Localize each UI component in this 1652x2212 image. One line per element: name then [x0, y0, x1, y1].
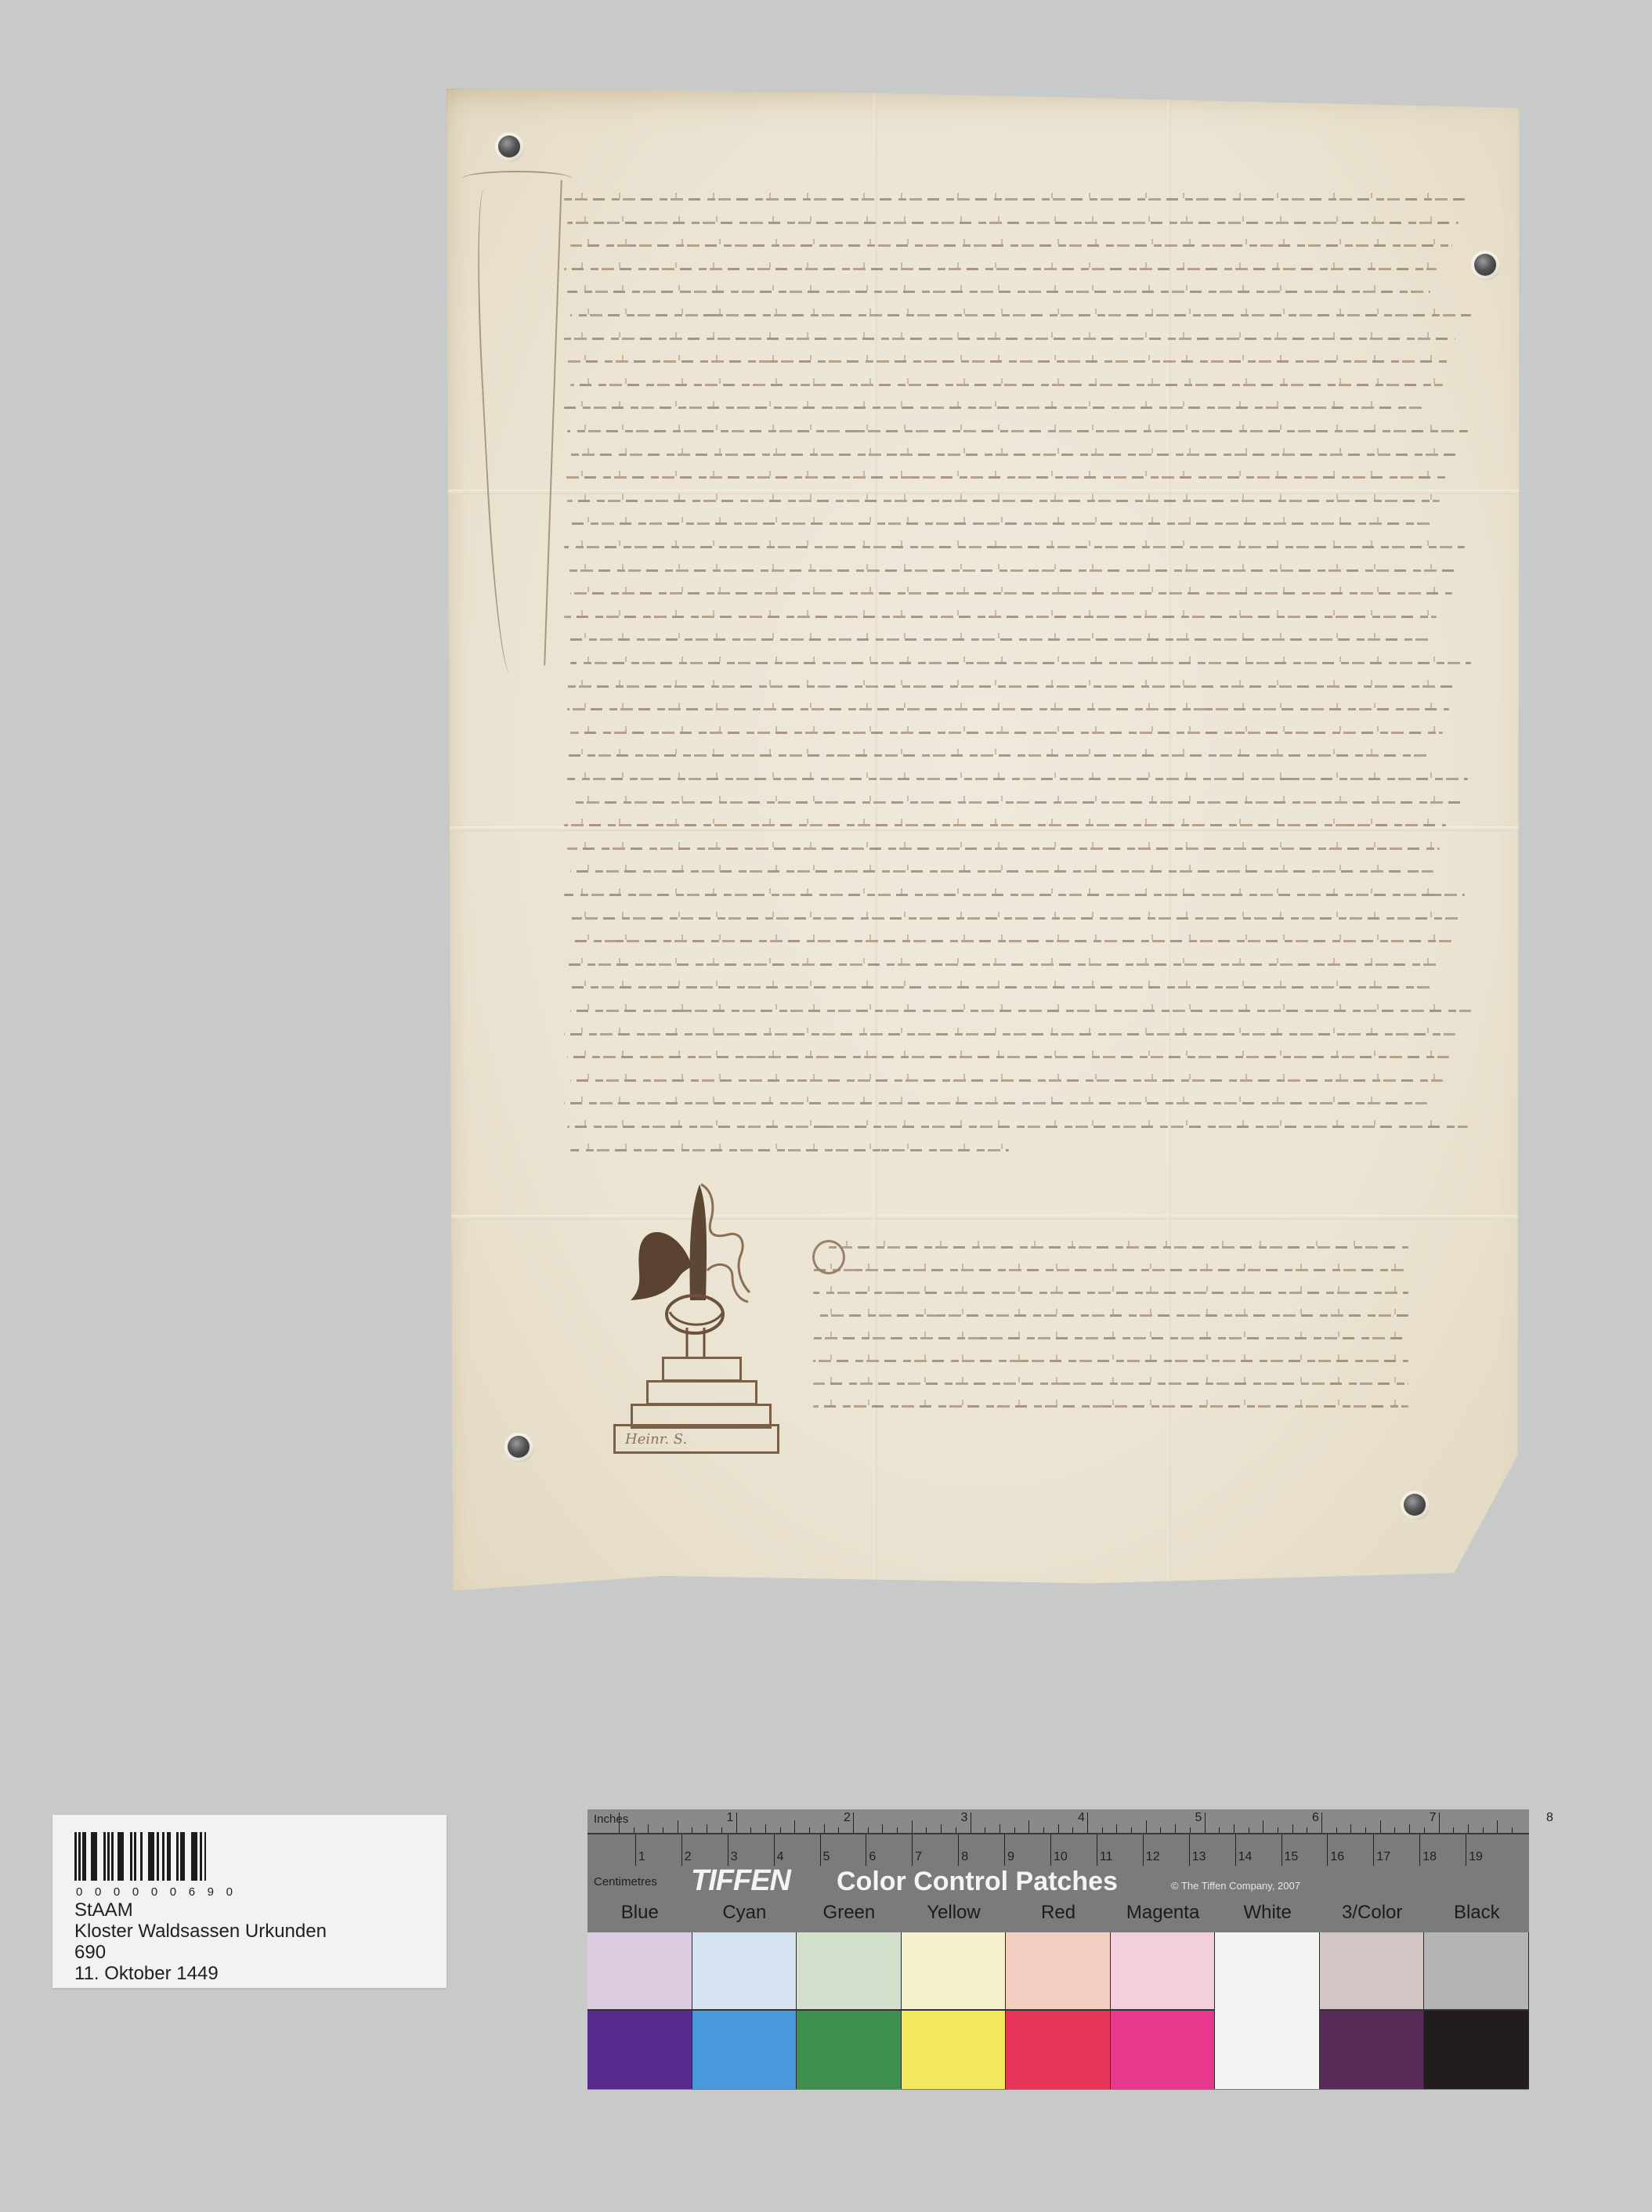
handwritten-line	[567, 360, 1449, 363]
ruler-tick	[1043, 1827, 1044, 1833]
handwritten-line	[564, 476, 1446, 479]
handwritten-line	[567, 1056, 1449, 1058]
ruler-tick	[809, 1827, 810, 1833]
handwritten-line	[570, 522, 1433, 525]
magnet-pin	[1474, 254, 1496, 276]
handwritten-line	[564, 963, 1437, 966]
color-patch-dark	[902, 2011, 1007, 2089]
ruler-tick	[1087, 1813, 1088, 1833]
ruler-tick	[866, 1834, 866, 1866]
notary-sign: Heinr. S.	[623, 1175, 779, 1453]
color-patch-dark	[587, 2011, 692, 2089]
barcode-digit: 9	[208, 1885, 214, 1899]
color-patch-light	[587, 1932, 692, 2011]
ruler-tick	[721, 1827, 722, 1833]
handwritten-line	[813, 1405, 1408, 1408]
patch-name: Cyan	[692, 1902, 797, 1928]
patch-names-row: BlueCyanGreenYellowRedMagentaWhite3/Colo…	[587, 1902, 1529, 1928]
patch-name: Green	[797, 1902, 902, 1928]
color-patches	[587, 1932, 1529, 2089]
handwritten-line	[570, 1149, 1009, 1151]
ruler-tick	[1512, 1827, 1513, 1833]
initial-o-letter	[812, 1240, 845, 1274]
ruler-cm-number: 9	[1007, 1850, 1014, 1864]
chart-title: Color Control Patches	[837, 1867, 1118, 1897]
ruler-tick	[663, 1827, 663, 1833]
barcode-bar	[204, 1832, 206, 1881]
handwritten-line	[570, 940, 1452, 942]
ruler-tick	[1189, 1834, 1190, 1866]
ruler-tick	[1131, 1827, 1132, 1833]
magnet-pin	[1404, 1494, 1426, 1516]
barcode-bar	[185, 1832, 191, 1881]
handwritten-line	[570, 244, 1452, 247]
fold-line	[446, 826, 1520, 831]
ruler-tick	[1483, 1827, 1484, 1833]
handwritten-line	[567, 778, 1468, 780]
ruler-cm-number: 13	[1192, 1850, 1206, 1864]
patch-name: White	[1215, 1902, 1320, 1928]
ruler-tick	[926, 1827, 927, 1833]
ruler-tick	[1072, 1827, 1073, 1833]
patch-name: Red	[1006, 1902, 1111, 1928]
label-number: 690	[74, 1943, 106, 1962]
ruler-cm-label: Centimetres	[594, 1875, 657, 1889]
notary-sign-caption: Heinr. S.	[625, 1431, 687, 1448]
color-patch-light	[1006, 1932, 1111, 2011]
ruler-tick	[1050, 1834, 1051, 1866]
ruler-inches: Inches 12345678	[587, 1809, 1529, 1834]
color-patch-light	[1111, 1932, 1216, 2011]
ruler-tick	[868, 1827, 869, 1833]
ruler-tick	[1497, 1820, 1498, 1833]
barcode-digit: 0	[151, 1885, 157, 1899]
ruler-cm-number: 10	[1054, 1850, 1068, 1864]
archive-label: 000000690 StAAM Kloster Waldsassen Urkun…	[52, 1815, 446, 1988]
handwritten-line	[567, 986, 1430, 989]
barcode-bar	[148, 1832, 154, 1881]
color-patch-light	[902, 1932, 1007, 2011]
handwritten-line	[570, 454, 1462, 456]
patch-name: Black	[1425, 1902, 1530, 1928]
ruler-cm-number: 8	[961, 1850, 968, 1864]
ruler-tick	[1235, 1834, 1236, 1866]
handwritten-line	[567, 917, 1459, 920]
chart-copyright: © The Tiffen Company, 2007	[1171, 1880, 1300, 1892]
ruler-tick	[1004, 1834, 1005, 1866]
ruler-inch-number: 2	[844, 1811, 851, 1825]
handwritten-line	[570, 1010, 1471, 1012]
ruler-tick	[1175, 1824, 1176, 1833]
ruler-tick	[985, 1827, 985, 1833]
ruler-cm-number: 16	[1330, 1850, 1344, 1864]
ruler-tick	[1263, 1820, 1263, 1833]
patch-name: 3/Color	[1320, 1902, 1425, 1928]
ruler-tick	[1278, 1827, 1278, 1833]
fold-line	[446, 1215, 1520, 1220]
handwritten-line	[564, 685, 1455, 688]
handwritten-line	[567, 430, 1468, 432]
ruler-tick	[1327, 1834, 1328, 1866]
patch-name: Magenta	[1111, 1902, 1216, 1928]
ruler-cm-number: 5	[823, 1850, 830, 1864]
color-patch-dark	[1320, 2011, 1425, 2089]
handwritten-line	[567, 848, 1440, 850]
handwritten-line	[564, 198, 1465, 201]
handwritten-line	[564, 824, 1446, 826]
ruler-tick	[1380, 1820, 1381, 1833]
barcode-bar	[124, 1832, 130, 1881]
ruler-tick	[750, 1827, 751, 1833]
handwritten-line	[564, 1033, 1455, 1036]
ruler-tick	[1249, 1827, 1249, 1833]
barcode-bar	[191, 1832, 197, 1881]
handwritten-line	[570, 592, 1452, 595]
ruler-tick	[1336, 1827, 1337, 1833]
ruler-tick	[736, 1813, 737, 1833]
ruler-tick	[1453, 1827, 1454, 1833]
barcode-bar	[97, 1832, 103, 1881]
ruler-tick	[853, 1813, 854, 1833]
tiffen-color-chart: Inches 12345678 123456789101112131415161…	[587, 1809, 1529, 2090]
ruler-tick	[794, 1820, 795, 1833]
ruler-cm-number: 3	[731, 1850, 738, 1864]
ruler-tick	[824, 1824, 825, 1833]
ruler-cm-number: 15	[1285, 1850, 1299, 1864]
patch-name: Blue	[587, 1902, 692, 1928]
ruler-tick	[1219, 1827, 1220, 1833]
ruler-tick	[1146, 1820, 1147, 1833]
barcode-digits: 000000690	[76, 1885, 233, 1899]
ruler-tick	[1409, 1824, 1410, 1833]
ruler-cm-number: 2	[685, 1850, 692, 1864]
ruler-tick	[1365, 1827, 1366, 1833]
handwritten-line	[564, 268, 1437, 270]
label-date: 11. Oktober 1449	[74, 1964, 219, 1983]
ruler-tick	[1102, 1827, 1103, 1833]
ruler-inch-number: 1	[727, 1811, 734, 1825]
ruler-tick	[648, 1824, 649, 1833]
ruler-tick	[635, 1834, 636, 1866]
handwritten-line	[567, 1126, 1468, 1128]
handwritten-line	[567, 569, 1459, 572]
initial-flourish-top	[462, 171, 572, 186]
handwritten-line	[564, 616, 1437, 618]
ruler-tick	[692, 1827, 692, 1833]
ruler-cm-number: 6	[869, 1850, 876, 1864]
handwritten-line	[567, 291, 1430, 293]
ruler-tick	[820, 1834, 821, 1866]
handwritten-line	[570, 662, 1471, 664]
ruler-inch-number: 5	[1195, 1811, 1202, 1825]
ruler-tick	[882, 1824, 883, 1833]
ruler-tick	[958, 1834, 959, 1866]
barcode-digit: 0	[226, 1885, 233, 1899]
ruler-tick	[1028, 1820, 1029, 1833]
color-patch-dark	[1111, 2011, 1216, 2089]
ruler-tick	[728, 1834, 728, 1866]
handwritten-line	[564, 754, 1427, 757]
handwritten-line	[813, 1360, 1408, 1362]
ruler-tick	[1468, 1824, 1469, 1833]
fleur-de-lis-icon	[623, 1175, 779, 1363]
pedestal-base: Heinr. S.	[613, 1424, 779, 1454]
ruler-cm-number: 14	[1238, 1850, 1253, 1864]
ruler-cm-number: 17	[1376, 1850, 1390, 1864]
ruler-inches-label: Inches	[594, 1813, 628, 1826]
ruler-inch-number: 8	[1546, 1811, 1553, 1825]
barcode-digit: 0	[170, 1885, 176, 1899]
color-patch-dark	[692, 2011, 797, 2089]
patch-name: Yellow	[902, 1902, 1007, 1928]
ruler-cm-number: 1	[638, 1850, 645, 1864]
barcode-digit: 6	[189, 1885, 195, 1899]
ruler-tick	[1321, 1813, 1322, 1833]
color-patch-light	[1424, 1932, 1529, 2011]
barcode-bar	[91, 1832, 97, 1881]
barcode-bar	[117, 1832, 124, 1881]
barcode-digit: 0	[132, 1885, 139, 1899]
ruler-cm-number: 11	[1100, 1850, 1113, 1864]
handwritten-line	[813, 1269, 1408, 1271]
handwritten-line	[570, 314, 1471, 316]
color-patch-dark	[1424, 2011, 1529, 2089]
handwritten-line	[829, 1246, 1408, 1249]
ruler-tick	[707, 1824, 707, 1833]
color-patch-dark	[1006, 2011, 1111, 2089]
magnet-pin	[508, 1436, 530, 1458]
ruler-tick	[956, 1827, 956, 1833]
handwritten-line	[570, 732, 1443, 734]
handwritten-line	[564, 1102, 1427, 1104]
handwritten-line	[570, 870, 1433, 873]
parchment-document	[446, 89, 1520, 1591]
handwritten-line	[570, 801, 1462, 804]
ruler-tick	[1160, 1827, 1161, 1833]
ruler-tick	[1143, 1834, 1144, 1866]
ruler-tick	[1466, 1834, 1466, 1866]
ruler-tick	[941, 1824, 942, 1833]
ruler-tick	[681, 1834, 682, 1866]
ruler-tick	[1058, 1824, 1059, 1833]
handwritten-line	[570, 384, 1443, 386]
ruler-inch-number: 7	[1430, 1811, 1437, 1825]
ruler-tick	[912, 1820, 913, 1833]
barcode-bar	[143, 1832, 148, 1881]
handwritten-line	[813, 1382, 1408, 1385]
ruler-tick	[838, 1827, 839, 1833]
handwritten-line	[813, 1337, 1408, 1339]
barcode-digit: 0	[95, 1885, 101, 1899]
ruler-cm-number: 4	[777, 1850, 784, 1864]
label-archive: StAAM	[74, 1901, 133, 1920]
color-patch-light	[1320, 1932, 1425, 2011]
ruler-inch-number: 6	[1312, 1811, 1319, 1825]
handwritten-line	[564, 546, 1465, 548]
handwritten-line	[567, 638, 1430, 641]
color-patch-dark	[797, 2011, 902, 2089]
color-patch-light	[797, 1932, 902, 2011]
ruler-tick	[634, 1827, 634, 1833]
handwritten-line	[564, 407, 1427, 409]
ruler-tick	[1097, 1834, 1097, 1866]
barcode-digit: 0	[114, 1885, 120, 1899]
ruler-tick	[1014, 1827, 1015, 1833]
ruler-tick	[1281, 1834, 1282, 1866]
handwritten-line	[564, 338, 1455, 340]
ruler-tick	[678, 1820, 678, 1833]
ruler-tick	[897, 1827, 898, 1833]
pedestal-step	[646, 1380, 757, 1405]
ruler-centimetres: 12345678910111213141516171819	[587, 1834, 1529, 1867]
ruler-tick	[1000, 1824, 1000, 1833]
tiffen-logo: TIFFEN	[691, 1864, 790, 1898]
ruler-tick	[780, 1827, 781, 1833]
barcode	[74, 1832, 206, 1881]
ruler-cm-number: 7	[915, 1850, 922, 1864]
ruler-tick	[1419, 1834, 1420, 1866]
barcode-bar	[171, 1832, 176, 1881]
ruler-tick	[1116, 1824, 1117, 1833]
ruler-tick	[619, 1813, 620, 1833]
ruler-cm-number: 12	[1146, 1850, 1160, 1864]
ruler-tick	[1350, 1824, 1351, 1833]
handwritten-line	[567, 708, 1449, 710]
handwritten-line	[570, 1079, 1443, 1082]
handwritten-line	[567, 500, 1440, 502]
ruler-tick	[774, 1834, 775, 1866]
handwritten-line	[813, 1292, 1408, 1294]
ruler-tick	[1424, 1827, 1425, 1833]
barcode-digit: 0	[76, 1885, 82, 1899]
ruler-tick	[1205, 1813, 1206, 1833]
ruler-tick	[765, 1824, 766, 1833]
ruler-tick	[971, 1813, 971, 1833]
handwritten-line	[567, 222, 1459, 224]
ruler-tick	[1373, 1834, 1374, 1866]
ruler-tick	[1292, 1824, 1293, 1833]
handwritten-line	[564, 894, 1465, 896]
handwritten-line	[813, 1314, 1408, 1317]
ruler-cm-number: 19	[1469, 1850, 1483, 1864]
ruler-tick	[1307, 1827, 1307, 1833]
ruler-tick	[1394, 1827, 1395, 1833]
pedestal-step	[662, 1357, 742, 1382]
ruler-inch-number: 4	[1078, 1811, 1085, 1825]
ruler-tick	[1234, 1824, 1234, 1833]
ruler-cm-number: 18	[1422, 1850, 1437, 1864]
ruler-tick	[1439, 1813, 1440, 1833]
ruler-inch-number: 3	[961, 1811, 968, 1825]
magnet-pin	[498, 136, 520, 157]
ruler-tick	[1190, 1827, 1191, 1833]
color-patch-light	[692, 1932, 797, 2011]
label-collection: Kloster Waldsassen Urkunden	[74, 1922, 327, 1941]
ruler-tick	[912, 1834, 913, 1866]
color-patch-white	[1215, 1932, 1320, 2089]
